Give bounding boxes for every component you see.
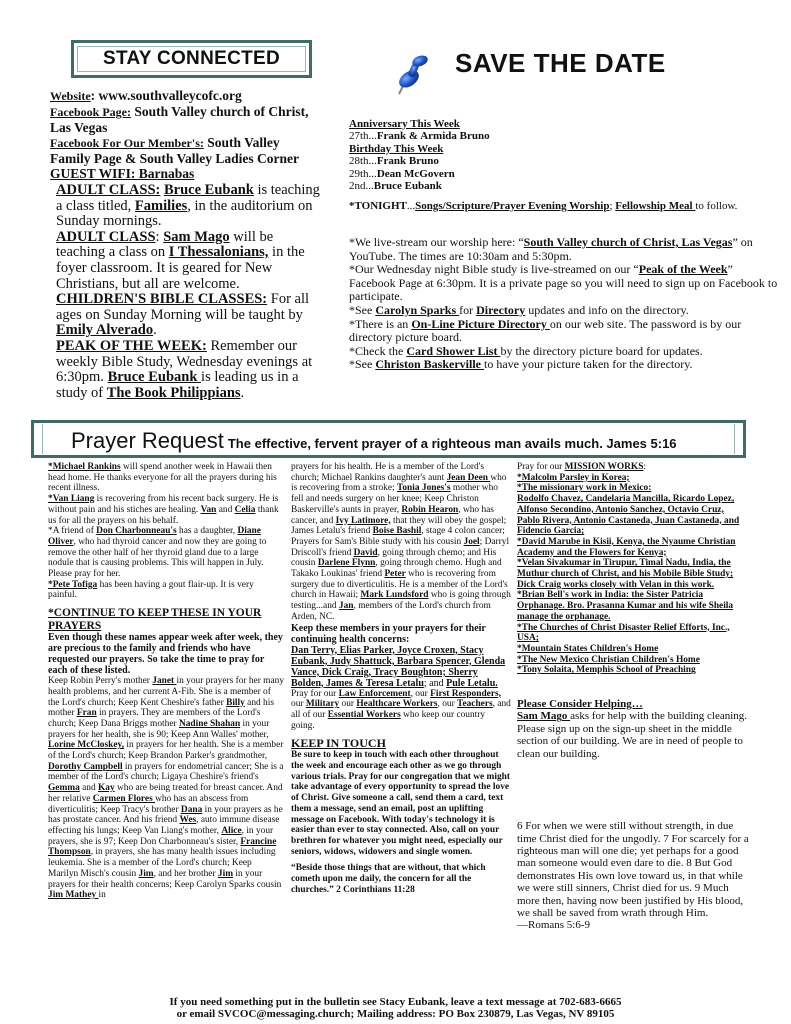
person-name: Alice	[221, 826, 241, 836]
stay-connected-title: STAY CONNECTED	[103, 48, 280, 70]
guest-wifi: GUEST WIFI: Barnabas	[50, 166, 320, 181]
event-date: 27th...	[349, 130, 377, 142]
directory-label: Directory	[476, 303, 525, 317]
helping-text: Sam Mago asks for help with the building…	[517, 710, 749, 760]
class-title: The Book Philippians	[107, 385, 241, 401]
person-name: Dana	[181, 805, 202, 815]
person-name: Sam Mago	[517, 710, 570, 722]
person-name: Law Enforcement	[339, 689, 411, 699]
prayer-text: :	[643, 462, 646, 472]
youtube-channel-name: South Valley church of Christ, Las Vegas	[524, 235, 733, 249]
tonight-notice: *TONIGHT...Songs/Scripture/Prayer Evenin…	[349, 200, 779, 212]
teacher-name: Sam Mago	[163, 229, 229, 245]
facebook-line: Facebook Page: South Valley church of Ch…	[50, 104, 320, 135]
prayer-text: *A friend of	[48, 526, 96, 536]
prayer-item: *Michael Rankins will spend another week…	[48, 462, 284, 494]
notice-text: for	[459, 303, 476, 317]
missions-label: MISSION WORKS	[565, 462, 644, 472]
prayer-text: Pray for our	[517, 462, 565, 472]
members-list: Dan Terry, Elias Parker, Joyce Croxen, S…	[291, 645, 511, 689]
event-date: 28th...	[349, 155, 377, 167]
children-class-label: CHILDREN'S BIBLE CLASSES:	[56, 291, 267, 307]
announcements: *We live-stream our worship here: “South…	[349, 236, 779, 372]
directory-notice: *See Carolyn Sparks for Directory update…	[349, 304, 779, 318]
prayer-request-banner: Prayer RequestThe effective, fervent pra…	[31, 420, 746, 458]
person-name: Dorothy Campbell	[48, 762, 123, 772]
notice-text: *There is an	[349, 317, 411, 331]
event-name: Frank & Armida Bruno	[377, 130, 490, 142]
prayer-item: *Van Liang is recovering from his recent…	[48, 494, 284, 526]
prayer-text: in	[99, 890, 106, 900]
person-name: Ivy Latimore,	[336, 516, 391, 526]
continue-heading: *CONTINUE TO KEEP THESE IN YOUR PRAYERS	[48, 607, 284, 632]
person-name: Janet	[152, 676, 176, 686]
prayer-text: , who had thyroid cancer and now they ar…	[48, 537, 266, 579]
person-name: Boise Bashil	[373, 526, 422, 536]
members-facebook-line: Facebook For Our Member's: South Valley …	[50, 135, 320, 166]
save-the-date-title: SAVE THE DATE	[455, 48, 666, 79]
footer-line-1: If you need something put in the bulleti…	[0, 996, 791, 1008]
online-directory-notice: *There is an On-Line Picture Directory o…	[349, 318, 779, 345]
continuing-prayer-list: Keep Robin Perry's mother Janet in your …	[48, 676, 284, 901]
birthday-item: 28th...Frank Bruno	[349, 155, 779, 167]
pray-for-workers: Pray for our Law Enforcement, our First …	[291, 689, 511, 732]
mission-item: *The missionary work in Mexico:	[517, 483, 749, 494]
livestream-notice: *We live-stream our worship here: “South…	[349, 236, 779, 263]
tonight-suffix: to follow.	[695, 200, 737, 212]
mission-item: *The Churches of Christ Disaster Relief …	[517, 623, 749, 644]
members-facebook-label: Facebook For Our Member's:	[50, 136, 204, 150]
prayer-text: Pray for our	[291, 689, 339, 699]
teacher-name: Bruce Eubank	[164, 182, 254, 198]
prayer-text: our	[291, 699, 306, 709]
helping-heading: Please Consider Helping…	[517, 698, 749, 710]
helping-section: Please Consider Helping… Sam Mago asks f…	[517, 698, 749, 760]
pushpin-icon	[393, 52, 433, 96]
prayer-text: and	[216, 505, 234, 515]
online-directory-label: On-Line Picture Directory	[411, 317, 550, 331]
scripture-quote: “Beside those things that are without, t…	[291, 863, 511, 895]
contact-name: Carolyn Sparks	[375, 303, 459, 317]
birthday-heading: Birthday This Week	[349, 143, 779, 155]
prayer-text: our	[339, 699, 356, 709]
keep-in-touch-text: Be sure to keep in touch with each other…	[291, 750, 511, 857]
person-name: Van	[201, 505, 217, 515]
adult-class-label: ADULT CLASS:	[56, 182, 160, 198]
members-heading: Keep these members in your prayers for t…	[291, 623, 511, 645]
notice-text: *See	[349, 303, 375, 317]
person-name: Celia	[235, 505, 256, 515]
person-name: Lorine McCloskey,	[48, 740, 124, 750]
facebook-label: Facebook Page:	[50, 105, 131, 119]
adult-class-label: ADULT CLASS	[56, 229, 156, 245]
person-name: Nadine Shahan	[179, 719, 240, 729]
keep-in-touch-heading: KEEP IN TOUCH	[291, 737, 511, 750]
prayer-column-1: *Michael Rankins will spend another week…	[48, 462, 284, 901]
scripture-reference: —Romans 5:6-9	[517, 919, 749, 931]
notice-text: *Our Wednesday night Bible study is live…	[349, 262, 639, 276]
stay-connected-banner: STAY CONNECTED	[71, 40, 312, 78]
mission-item: *Malcolm Parsley in Korea;	[517, 473, 749, 484]
peak-label: PEAK OF THE WEEK:	[56, 338, 207, 354]
person-name: Fran	[77, 708, 97, 718]
person-name: David	[354, 548, 378, 558]
class-title: Families	[135, 198, 187, 214]
footer-line-2: or email SVCOC@messaging.church; Mailing…	[0, 1008, 791, 1020]
contact-info: Website: www.southvalleycofc.org Faceboo…	[50, 88, 320, 181]
person-name: First Responders,	[430, 689, 501, 699]
card-shower-notice: *Check the Card Shower List by the direc…	[349, 345, 779, 359]
prayer-title-text: Prayer Request	[71, 428, 224, 453]
mission-item: *David Marube in Kisii, Kenya, the Nyaum…	[517, 537, 749, 558]
mission-item: *Brian Bell's work in India: the Sister …	[517, 590, 749, 622]
person-name: Don Charbonneau's	[96, 526, 177, 536]
photo-notice: *See Christon Baskerville to have your p…	[349, 358, 779, 372]
person-name: Peter	[384, 569, 405, 579]
person-name: Jim	[218, 869, 233, 879]
person-name: *Michael Rankins	[48, 462, 121, 472]
prayer-text: ; and	[424, 678, 446, 689]
prayer-verse: The effective, fervent prayer of a right…	[228, 436, 677, 451]
teacher-name: Emily Alverado	[56, 322, 153, 338]
facebook-page-name: Peak of the Week	[639, 262, 728, 276]
person-name: Teachers	[457, 699, 493, 709]
members-heading-text: Keep these members in your prayers for t…	[291, 623, 486, 645]
contact-name: Christon Baskerville	[375, 357, 484, 371]
mission-item: *Tony Solaita, Memphis School of Preachi…	[517, 665, 749, 676]
birthday-item: 29th...Dean McGovern	[349, 168, 779, 180]
person-name: Joel	[464, 537, 480, 547]
anniversary-item: 27th...Frank & Armida Bruno	[349, 130, 779, 142]
prayer-column-3: Pray for our MISSION WORKS: *Malcolm Par…	[517, 462, 749, 932]
prayer-text: , our	[411, 689, 431, 699]
adult-class-1: ADULT CLASS: Bruce Eubank is teaching a …	[56, 183, 321, 230]
person-name: Jim	[139, 869, 154, 879]
anniversary-heading: Anniversary This Week	[349, 118, 779, 130]
website-link[interactable]: www.southvalleycofc.org	[99, 88, 242, 103]
person-name: Robin Hearon	[401, 505, 458, 515]
event-name: Dean McGovern	[377, 168, 455, 180]
mission-item: *The New Mexico Christian Children's Hom…	[517, 655, 749, 666]
event-date: 29th...	[349, 168, 377, 180]
prayer-text: Keep Robin Perry's mother	[48, 676, 152, 686]
prayer-request-title: Prayer RequestThe effective, fervent pra…	[71, 428, 677, 454]
person-name: Jan	[339, 601, 354, 611]
person-name: Darlene Flynn	[318, 558, 376, 568]
romans-scripture: 6 For when we were still without strengt…	[517, 820, 749, 932]
evening-worship: Songs/Scripture/Prayer Evening Worship	[415, 200, 609, 212]
website-label: Website	[50, 89, 91, 103]
member-names: Pule Letalu.	[446, 678, 498, 689]
prayer-text: has a daughter,	[177, 526, 238, 536]
person-name: Tonia Jones's	[397, 483, 451, 493]
class-title: I Thessalonians,	[169, 244, 269, 260]
person-name: Kay	[98, 783, 115, 793]
events-list: Anniversary This Week 27th...Frank & Arm…	[349, 118, 779, 192]
tonight-label: *TONIGHT	[349, 200, 407, 212]
mission-item: *Mountain States Children's Home	[517, 644, 749, 655]
birthday-item: 2nd...Bruce Eubank	[349, 180, 779, 192]
person-name: Jim Mathey	[48, 890, 99, 900]
wednesday-notice: *Our Wednesday night Bible study is live…	[349, 263, 779, 304]
bulletin-footer: If you need something put in the bulleti…	[0, 996, 791, 1020]
person-name: Billy	[226, 698, 245, 708]
prayer-column-2: prayers for his health. He is a member o…	[291, 462, 511, 896]
notice-text: *We live-stream our worship here: “	[349, 235, 524, 249]
person-name: Healthcare Workers	[356, 699, 437, 709]
notice-text: by the directory picture board for updat…	[500, 344, 702, 358]
person-name: Gemma	[48, 783, 80, 793]
notice-text: to have your picture taken for the direc…	[484, 357, 692, 371]
teacher-name: Bruce Eubank	[108, 369, 201, 385]
prayer-item: *Pete Tofiga has been having a gout flai…	[48, 580, 284, 601]
adult-class-2: ADULT CLASS: Sam Mago will be teaching a…	[56, 230, 321, 292]
classes-section: ADULT CLASS: Bruce Eubank is teaching a …	[56, 183, 321, 401]
card-shower-label: Card Shower List	[406, 344, 500, 358]
event-date: 2nd...	[349, 180, 374, 192]
prayer-item: *A friend of Don Charbonneau's has a dau…	[48, 526, 284, 580]
mission-item: *Velan Sivakumar in Tirupur, Timal Nadu,…	[517, 558, 749, 590]
mission-item: Rodolfo Chavez, Candelaria Mancilla, Ric…	[517, 494, 749, 537]
person-name: *Pete Tofiga	[48, 580, 97, 590]
missions-heading: Pray for our MISSION WORKS:	[517, 462, 749, 473]
prayer-text: and	[80, 783, 98, 793]
event-name: Bruce Eubank	[374, 180, 442, 192]
children-classes: CHILDREN'S BIBLE CLASSES: For all ages o…	[56, 292, 321, 339]
person-name: Jean Deen	[447, 473, 491, 483]
notice-text: *Check the	[349, 344, 406, 358]
person-name: Mark Lundsford	[361, 590, 429, 600]
continue-intro: Even though these names appear week afte…	[48, 632, 284, 676]
notice-text: updates and info on the directory.	[525, 303, 689, 317]
website-line: Website: www.southvalleycofc.org	[50, 88, 320, 104]
notice-text: *See	[349, 357, 375, 371]
fellowship-meal: Fellowship Meal	[615, 200, 695, 212]
person-name: Essential Workers	[328, 710, 401, 720]
person-name: *Van Liang	[48, 494, 94, 504]
scripture-text: 6 For when we were still without strengt…	[517, 820, 749, 919]
person-name: Carmen Flores	[93, 794, 155, 804]
continuing-prayer-list-cont: prayers for his health. He is a member o…	[291, 462, 511, 623]
event-name: Frank Bruno	[377, 155, 439, 167]
prayer-text: , our	[438, 699, 458, 709]
person-name: Wes	[179, 815, 196, 825]
person-name: Military	[306, 699, 339, 709]
peak-of-the-week: PEAK OF THE WEEK: Remember our weekly Bi…	[56, 339, 321, 401]
prayer-text: , and her brother	[154, 869, 218, 879]
